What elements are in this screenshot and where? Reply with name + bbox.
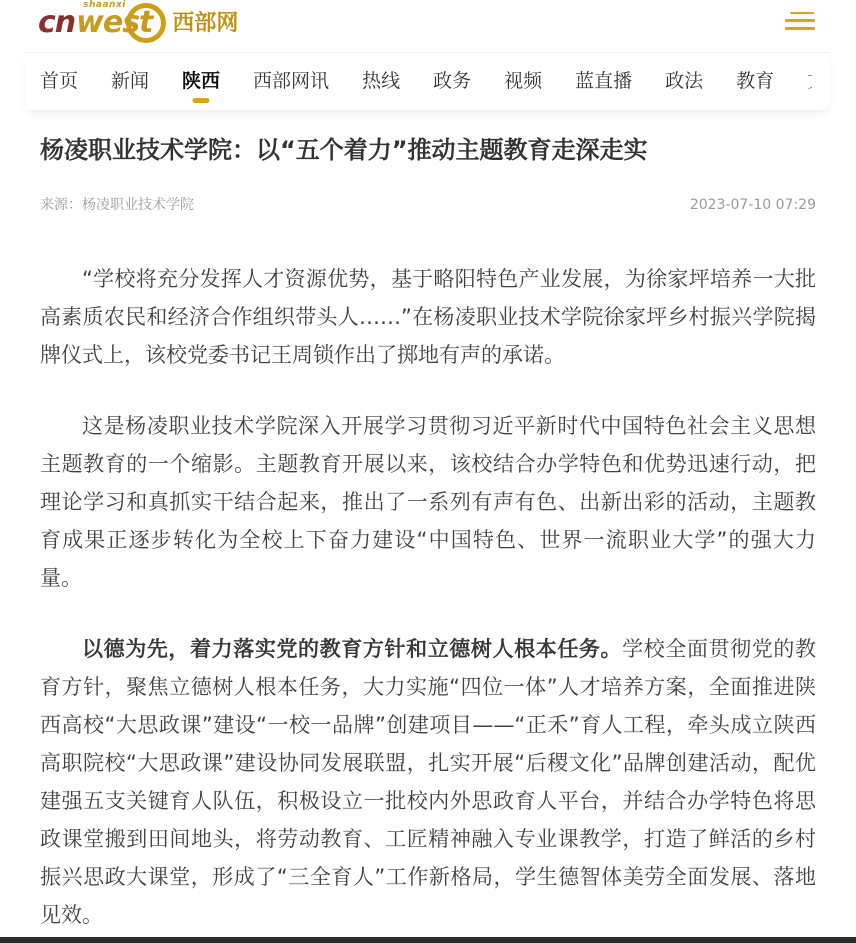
primary-nav: 首页 新闻 陕西 西部网讯 热线 政务 视频 蓝直播 政法 教育 文 [25, 52, 830, 110]
article-paragraph: 以德为先，着力落实党的教育方针和立德树人根本任务。学校全面贯彻党的教育方针，聚焦… [40, 630, 816, 934]
article-source: 来源：杨凌职业技术学院 [40, 194, 194, 214]
article-meta: 来源：杨凌职业技术学院 2023-07-10 07:29 [40, 194, 816, 214]
article-published-time: 2023-07-10 07:29 [690, 197, 816, 213]
nav-item-home[interactable]: 首页 [40, 53, 78, 110]
nav-item-partial[interactable]: 文 [807, 53, 812, 110]
nav-item-gov-affairs[interactable]: 政务 [433, 53, 471, 110]
logo-west-text: west [76, 5, 152, 40]
article-paragraph: “学校将充分发挥人才资源优势，基于略阳特色产业发展，为徐家坪培养一大批高素质农民… [40, 260, 816, 374]
site-header: cn shaanxi west 西部网 [0, 0, 856, 52]
nav-item-shaanxi[interactable]: 陕西 [182, 53, 220, 110]
article-title: 杨凌职业技术学院：以“五个着力”推动主题教育走深走实 [40, 134, 816, 168]
paragraph-text: 学校全面贯彻党的教育方针，聚焦立德树人根本任务，大力实施“四位一体”人才培养方案… [40, 637, 816, 927]
paragraph-lead-bold: 以德为先，着力落实党的教育方针和立德树人根本任务。 [82, 637, 622, 661]
nav-item-westnet-news[interactable]: 西部网讯 [253, 53, 329, 110]
nav-item-politics-law[interactable]: 政法 [665, 53, 703, 110]
primary-nav-row: 首页 新闻 陕西 西部网讯 热线 政务 视频 蓝直播 政法 教育 文 [25, 53, 812, 110]
site-name: 西部网 [172, 13, 238, 38]
site-logo[interactable]: cn shaanxi west 西部网 [38, 8, 238, 38]
bottom-dark-bar [0, 937, 856, 943]
nav-item-blue-live[interactable]: 蓝直播 [575, 53, 632, 110]
hamburger-menu-icon[interactable] [785, 12, 815, 35]
logo-cn-text: cn [38, 8, 75, 38]
nav-item-hotline[interactable]: 热线 [362, 53, 400, 110]
nav-item-education[interactable]: 教育 [736, 53, 774, 110]
logo-west-wrap: shaanxi west [76, 8, 152, 38]
nav-item-news[interactable]: 新闻 [111, 53, 149, 110]
article-paragraph: 这是杨凌职业技术学院深入开展学习贯彻习近平新时代中国特色社会主义思想主题教育的一… [40, 407, 816, 597]
article: 杨凌职业技术学院：以“五个着力”推动主题教育走深走实 来源：杨凌职业技术学院 2… [0, 134, 856, 934]
nav-item-video[interactable]: 视频 [504, 53, 542, 110]
article-body: “学校将充分发挥人才资源优势，基于略阳特色产业发展，为徐家坪培养一大批高素质农民… [40, 260, 816, 934]
